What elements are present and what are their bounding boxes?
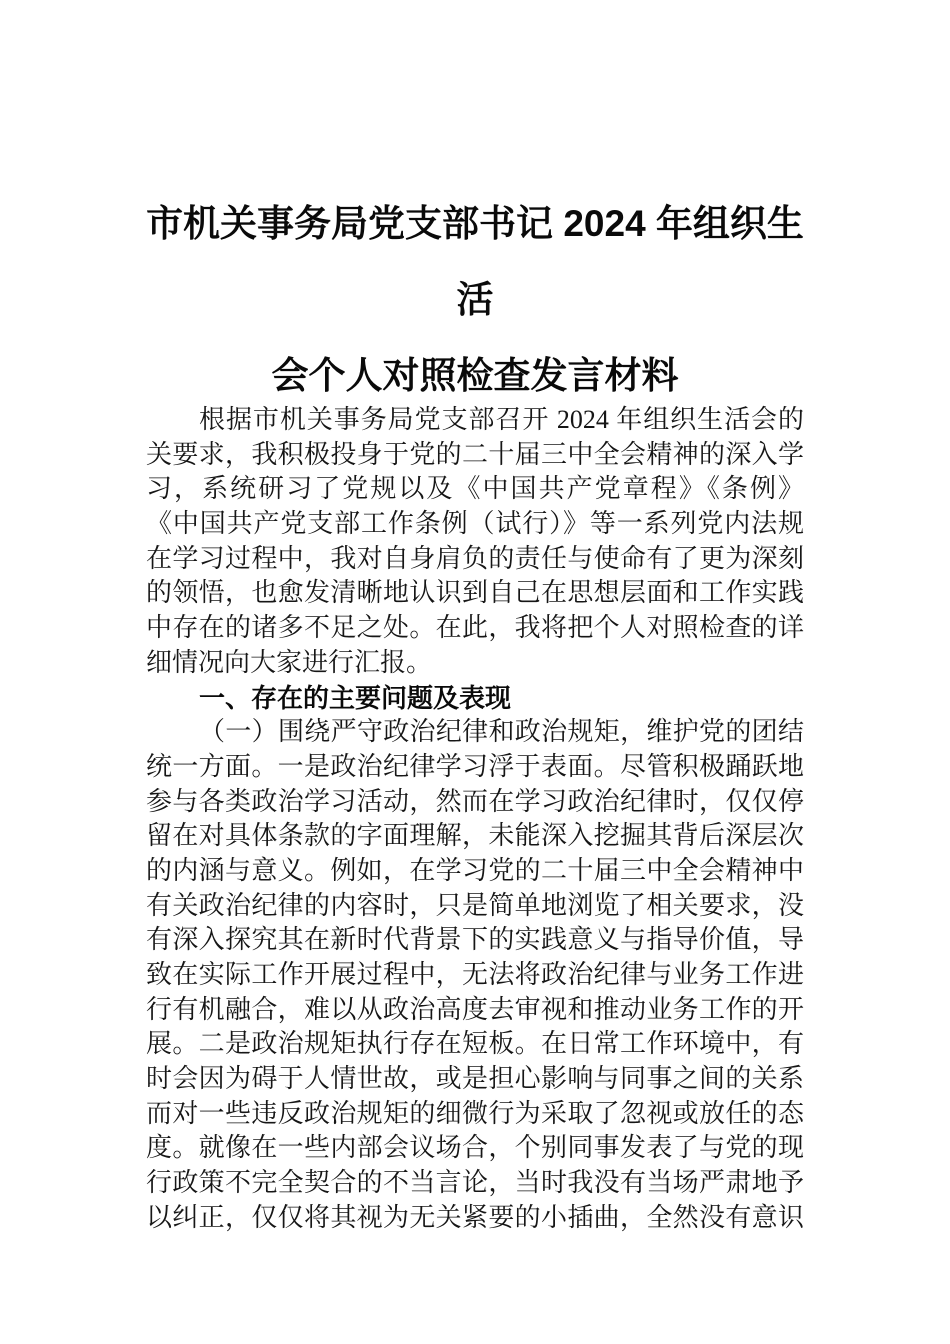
paragraph-line: 以纠正，仅仅将其视为无关紧要的小插曲，全然没有意识 xyxy=(146,1201,804,1236)
paragraph-line: 有深入探究其在新时代背景下的实践意义与指导价值，导 xyxy=(146,923,804,958)
paragraph-line: 行政策不完全契合的不当言论，当时我没有当场严肃地予 xyxy=(146,1166,804,1201)
paragraph-line: 《中国共产党支部工作条例（试行）》等一系列党内法规 xyxy=(146,507,804,542)
paragraph-line: 有关政治纪律的内容时，只是简单地浏览了相关要求，没 xyxy=(146,889,804,924)
section-heading-1: 一、存在的主要问题及表现 xyxy=(146,681,804,716)
paragraph-line: 致在实际工作开展过程中，无法将政治纪律与业务工作进 xyxy=(146,958,804,993)
paragraph-line: （一）围绕严守政治纪律和政治规矩，维护党的团结 xyxy=(146,715,804,750)
paragraph-line: 关要求，我积极投身于党的二十届三中全会精神的深入学 xyxy=(146,438,804,473)
paragraph-line: 习，系统研习了党规以及《中国共产党章程》《条例》 xyxy=(146,472,804,507)
paragraph-line: 度。就像在一些内部会议场合，个别同事发表了与党的现 xyxy=(146,1131,804,1166)
paragraph-line: 时会因为碍于人情世故，或是担心影响与同事之间的关系 xyxy=(146,1062,804,1097)
paragraph-line: 根据市机关事务局党支部召开 2024 年组织生活会的相 xyxy=(146,403,804,438)
paragraph-line: 在学习过程中，我对自身肩负的责任与使命有了更为深刻 xyxy=(146,542,804,577)
paragraph-line: 的内涵与意义。例如，在学习党的二十届三中全会精神中 xyxy=(146,854,804,889)
title-line-1: 市机关事务局党支部书记 2024 年组织生活 xyxy=(146,186,804,338)
paragraph-line: 细情况向大家进行汇报。 xyxy=(146,646,804,681)
document-page: 市机关事务局党支部书记 2024 年组织生活 会个人对照检查发言材料 根据市机关… xyxy=(0,0,950,1344)
paragraph-line: 的领悟，也愈发清晰地认识到自己在思想层面和工作实践 xyxy=(146,576,804,611)
paragraph-line: 统一方面。一是政治纪律学习浮于表面。尽管积极踊跃地 xyxy=(146,750,804,785)
document-body: 根据市机关事务局党支部召开 2024 年组织生活会的相关要求，我积极投身于党的二… xyxy=(146,403,804,1236)
paragraph-line: 参与各类政治学习活动，然而在学习政治纪律时，仅仅停 xyxy=(146,785,804,820)
document-title: 市机关事务局党支部书记 2024 年组织生活 会个人对照检查发言材料 xyxy=(146,186,804,414)
paragraph-line: 留在对具体条款的字面理解，未能深入挖掘其背后深层次 xyxy=(146,819,804,854)
paragraph-line: 展。二是政治规矩执行存在短板。在日常工作环境中，有 xyxy=(146,1027,804,1062)
paragraph-line: 而对一些违反政治规矩的细微行为采取了忽视或放任的态 xyxy=(146,1097,804,1132)
paragraph-line: 行有机融合，难以从政治高度去审视和推动业务工作的开 xyxy=(146,993,804,1028)
paragraph-line: 中存在的诸多不足之处。在此，我将把个人对照检查的详 xyxy=(146,611,804,646)
